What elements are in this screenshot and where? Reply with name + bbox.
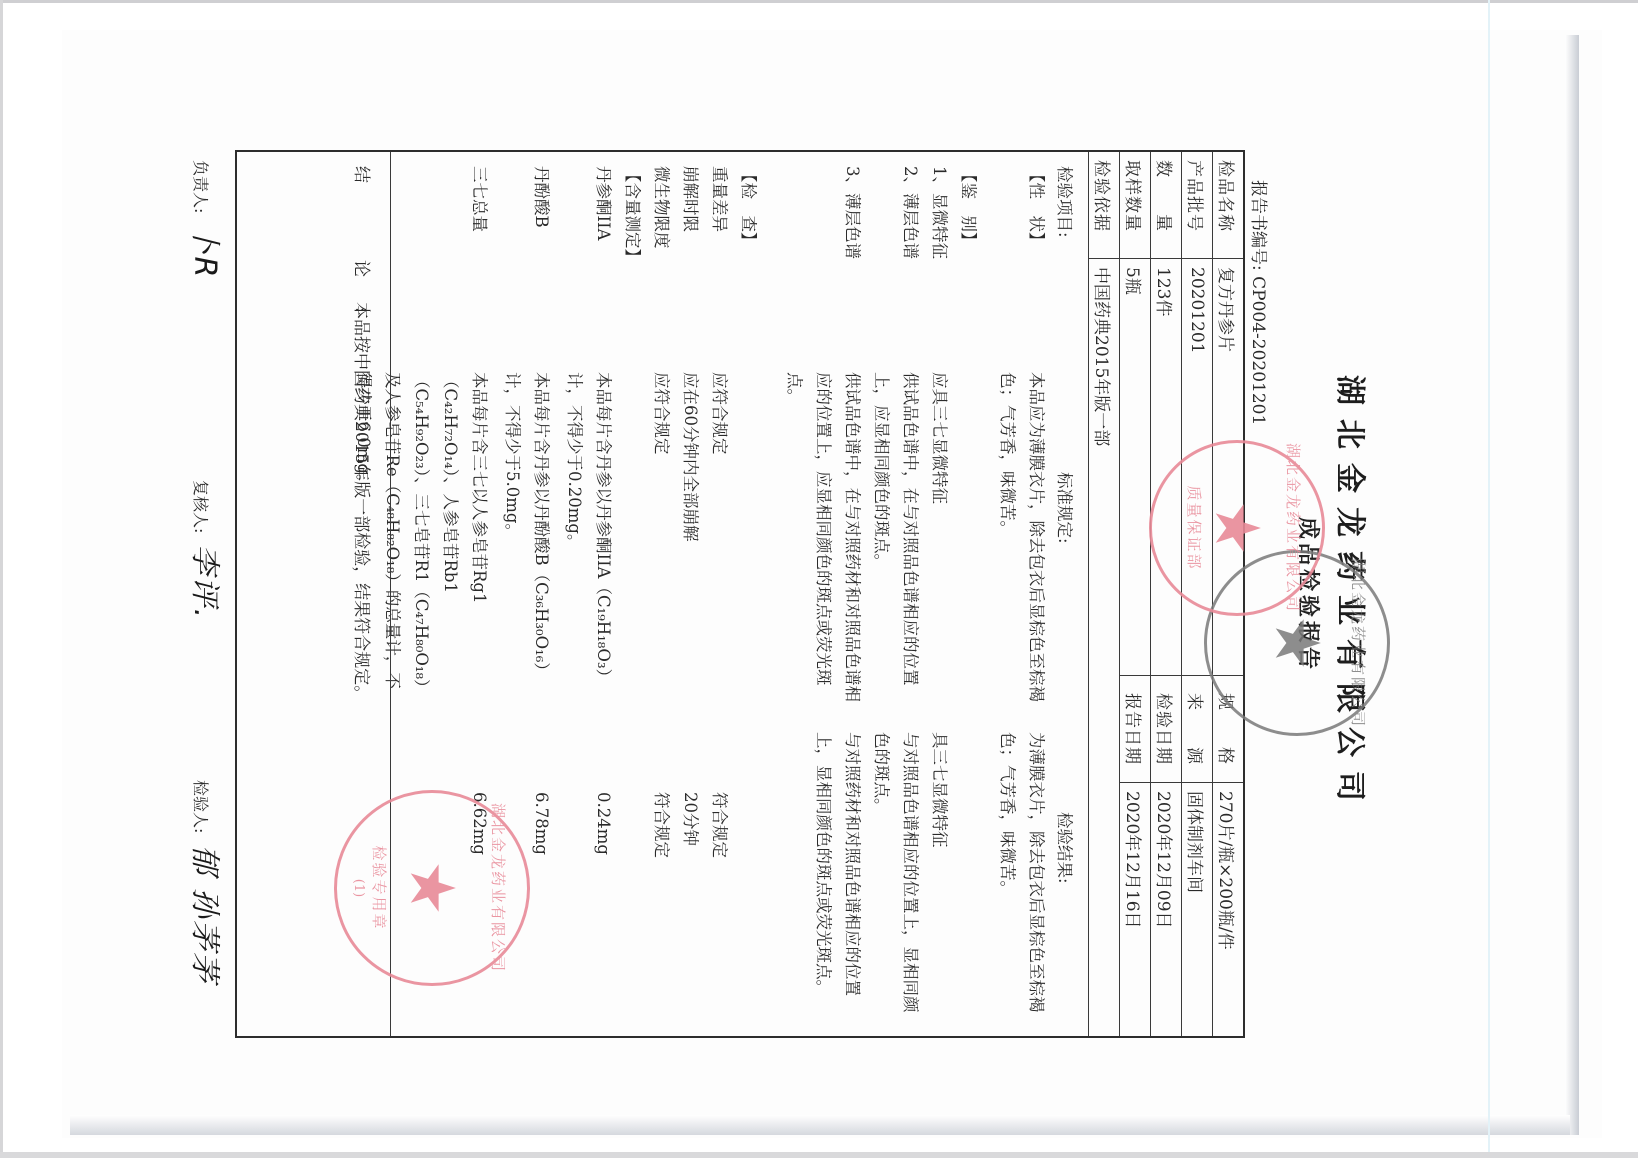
qa-seal-stamp: 湖北金龙药业有限公司 ★ 质量保证部 [1149,440,1325,616]
scan-edge-bottom [0,1152,1638,1158]
section-identification: 【鉴 别】 [954,166,983,249]
standard-text: 供试品色谱中，在与对照药材和对照品色谱相应的位置上，应显相同颜色的斑点或荧光斑点… [780,372,867,702]
signature-reviewer: 复核人: 李评. [186,480,230,620]
item-label: 丹酚酸B [527,166,556,228]
paper-shadow-right [1565,35,1579,1135]
item-label: 崩解时限 [676,166,705,232]
item-label: 三七总量 [465,166,494,232]
item-label: 1、显微特征 [925,166,954,259]
standard-text: 本品应为薄膜衣片，除去包衣后显棕色至棕褐色；气芳香，味微苦。 [993,372,1051,702]
result-text: 与对照药材和对照品色谱相应的位置上，显相同颜色的斑点或荧光斑点。 [809,732,867,1022]
inspector-label: 检验人: [191,780,210,833]
item-label: 2、薄层色谱 [896,166,925,259]
conclusion-text: 本品按中国药典2015年版一部检验，结果符合规定。 [351,302,376,702]
column-result-header: 检验结果: [1050,812,1079,884]
result-text: 6.78mg [527,792,556,855]
reviewer-label: 复核人: [191,480,210,533]
column-item-header: 检验项目: [1050,166,1079,238]
standard-text: 应具三七显微特征 [925,372,954,702]
source-label: 来 源 [1182,676,1213,783]
basis-value: 中国药典2015年版一部 [1089,259,1120,1037]
column-standard-header: 标准规定: [1050,472,1079,544]
report-number: 报告书编号: CP004-20201201 [1248,180,1273,425]
signature-responsible: 负责人: 卜R [186,160,230,279]
standard-text: 应在60分钟内全部崩解 [676,372,705,702]
result-text: 与对照品色谱相应的位置上，显相同颜色的斑点。 [867,732,925,1022]
info-row: 数 量 123件 检验日期 2020年12月09日 [1151,152,1182,1036]
scan-edge-top [0,0,1638,3]
inspect-date-value: 2020年12月09日 [1151,783,1182,1037]
item-label: 微生物限度 [647,166,676,249]
star-icon: ★ [1266,615,1328,671]
responsible-label: 负责人: [191,160,210,213]
sample-label: 取样数量 [1120,152,1151,259]
section-assay: 【含量测定】 [618,166,647,265]
scan-artifact-line [1488,0,1490,1158]
stamp-number: (1) [351,793,366,983]
standard-text: 本品每片含丹参以丹参酮IIA（C₁₉H₁₈O₃）计，不得少于0.20mg。 [560,372,618,702]
standard-text: 应符合规定 [647,372,676,702]
info-row: 取样数量 5瓶 报告日期 2020年12月16日 [1120,152,1151,1036]
report-number-value: CP004-20201201 [1248,276,1268,425]
quantity-label: 数 量 [1151,152,1182,259]
paper-shadow-bottom [70,1115,1570,1135]
item-label: 重量差异 [705,166,734,232]
report-number-label: 报告书编号: [1248,180,1268,271]
product-name-label: 检品名称 [1213,152,1244,259]
stamp-center-text: 检验专用章 [369,793,390,983]
inspect-date-label: 检验日期 [1151,676,1182,783]
stamp-center-text: 质量保证部 [1184,443,1205,613]
inspection-report: 湖北金龙药业有限公司 成品检验报告 报告书编号: CP004-20201201 … [205,150,1385,1040]
signature-inspector: 检验人: 郁 孙茅茅 [186,780,230,984]
result-text: 0.24mg [589,792,618,855]
reviewer-signature: 李评. [187,545,222,621]
responsible-signature: 卜R [187,225,222,280]
section-character: 【性 状】 [1022,166,1051,249]
inspector-signature: 郁 孙茅茅 [187,845,222,985]
scan-edge-left [0,0,3,1158]
section-check: 【检 查】 [734,166,763,249]
standard-text: 供试品色谱中，在与对照品色谱相应的位置上，应显相同颜色的斑点。 [867,372,925,702]
report-date-label: 报告日期 [1120,676,1151,783]
item-label: 3、薄层色谱 [838,166,867,259]
source-value: 固体制剂车间 [1182,783,1213,1037]
result-text: 为薄膜衣片，除去包衣后显棕色至棕褐色；气芳香，味微苦。 [993,732,1051,1022]
item-label: 丹参酮IIA [589,166,618,240]
inspection-seal-stamp: 湖北金龙药业有限公司 ★ 检验专用章 (1) [334,790,530,986]
report-date-value: 2020年12月16日 [1120,783,1151,1037]
result-text: 20分钟 [676,792,705,846]
sample-value: 5瓶 [1120,259,1151,676]
stamp-ring-text: 湖北金龙药业有限公司 [1283,443,1304,613]
star-icon: ★ [1206,500,1268,556]
standard-text: 应符合规定 [705,372,734,702]
info-row: 检验依据 中国药典2015年版一部 [1089,152,1120,1036]
stamp-ring-text: 湖北金龙药业有限公司 [488,793,509,983]
spec-value: 270片/瓶×200瓶/件 [1213,783,1244,1037]
standard-text: 本品每片含丹参以丹酚酸B（C₃₆H₃₀O₁₆）计，不得少于5.0mg。 [498,372,556,702]
basis-label: 检验依据 [1089,152,1120,259]
result-text: 具三七显微特征 [925,732,954,1022]
star-icon: ★ [401,860,463,916]
stamp-ring-text: 湖北金龙药业有限公司 [1348,553,1369,733]
result-text: 符合规定 [705,792,734,858]
result-text: 符合规定 [647,792,676,858]
batch-label: 产品批号 [1182,152,1213,259]
